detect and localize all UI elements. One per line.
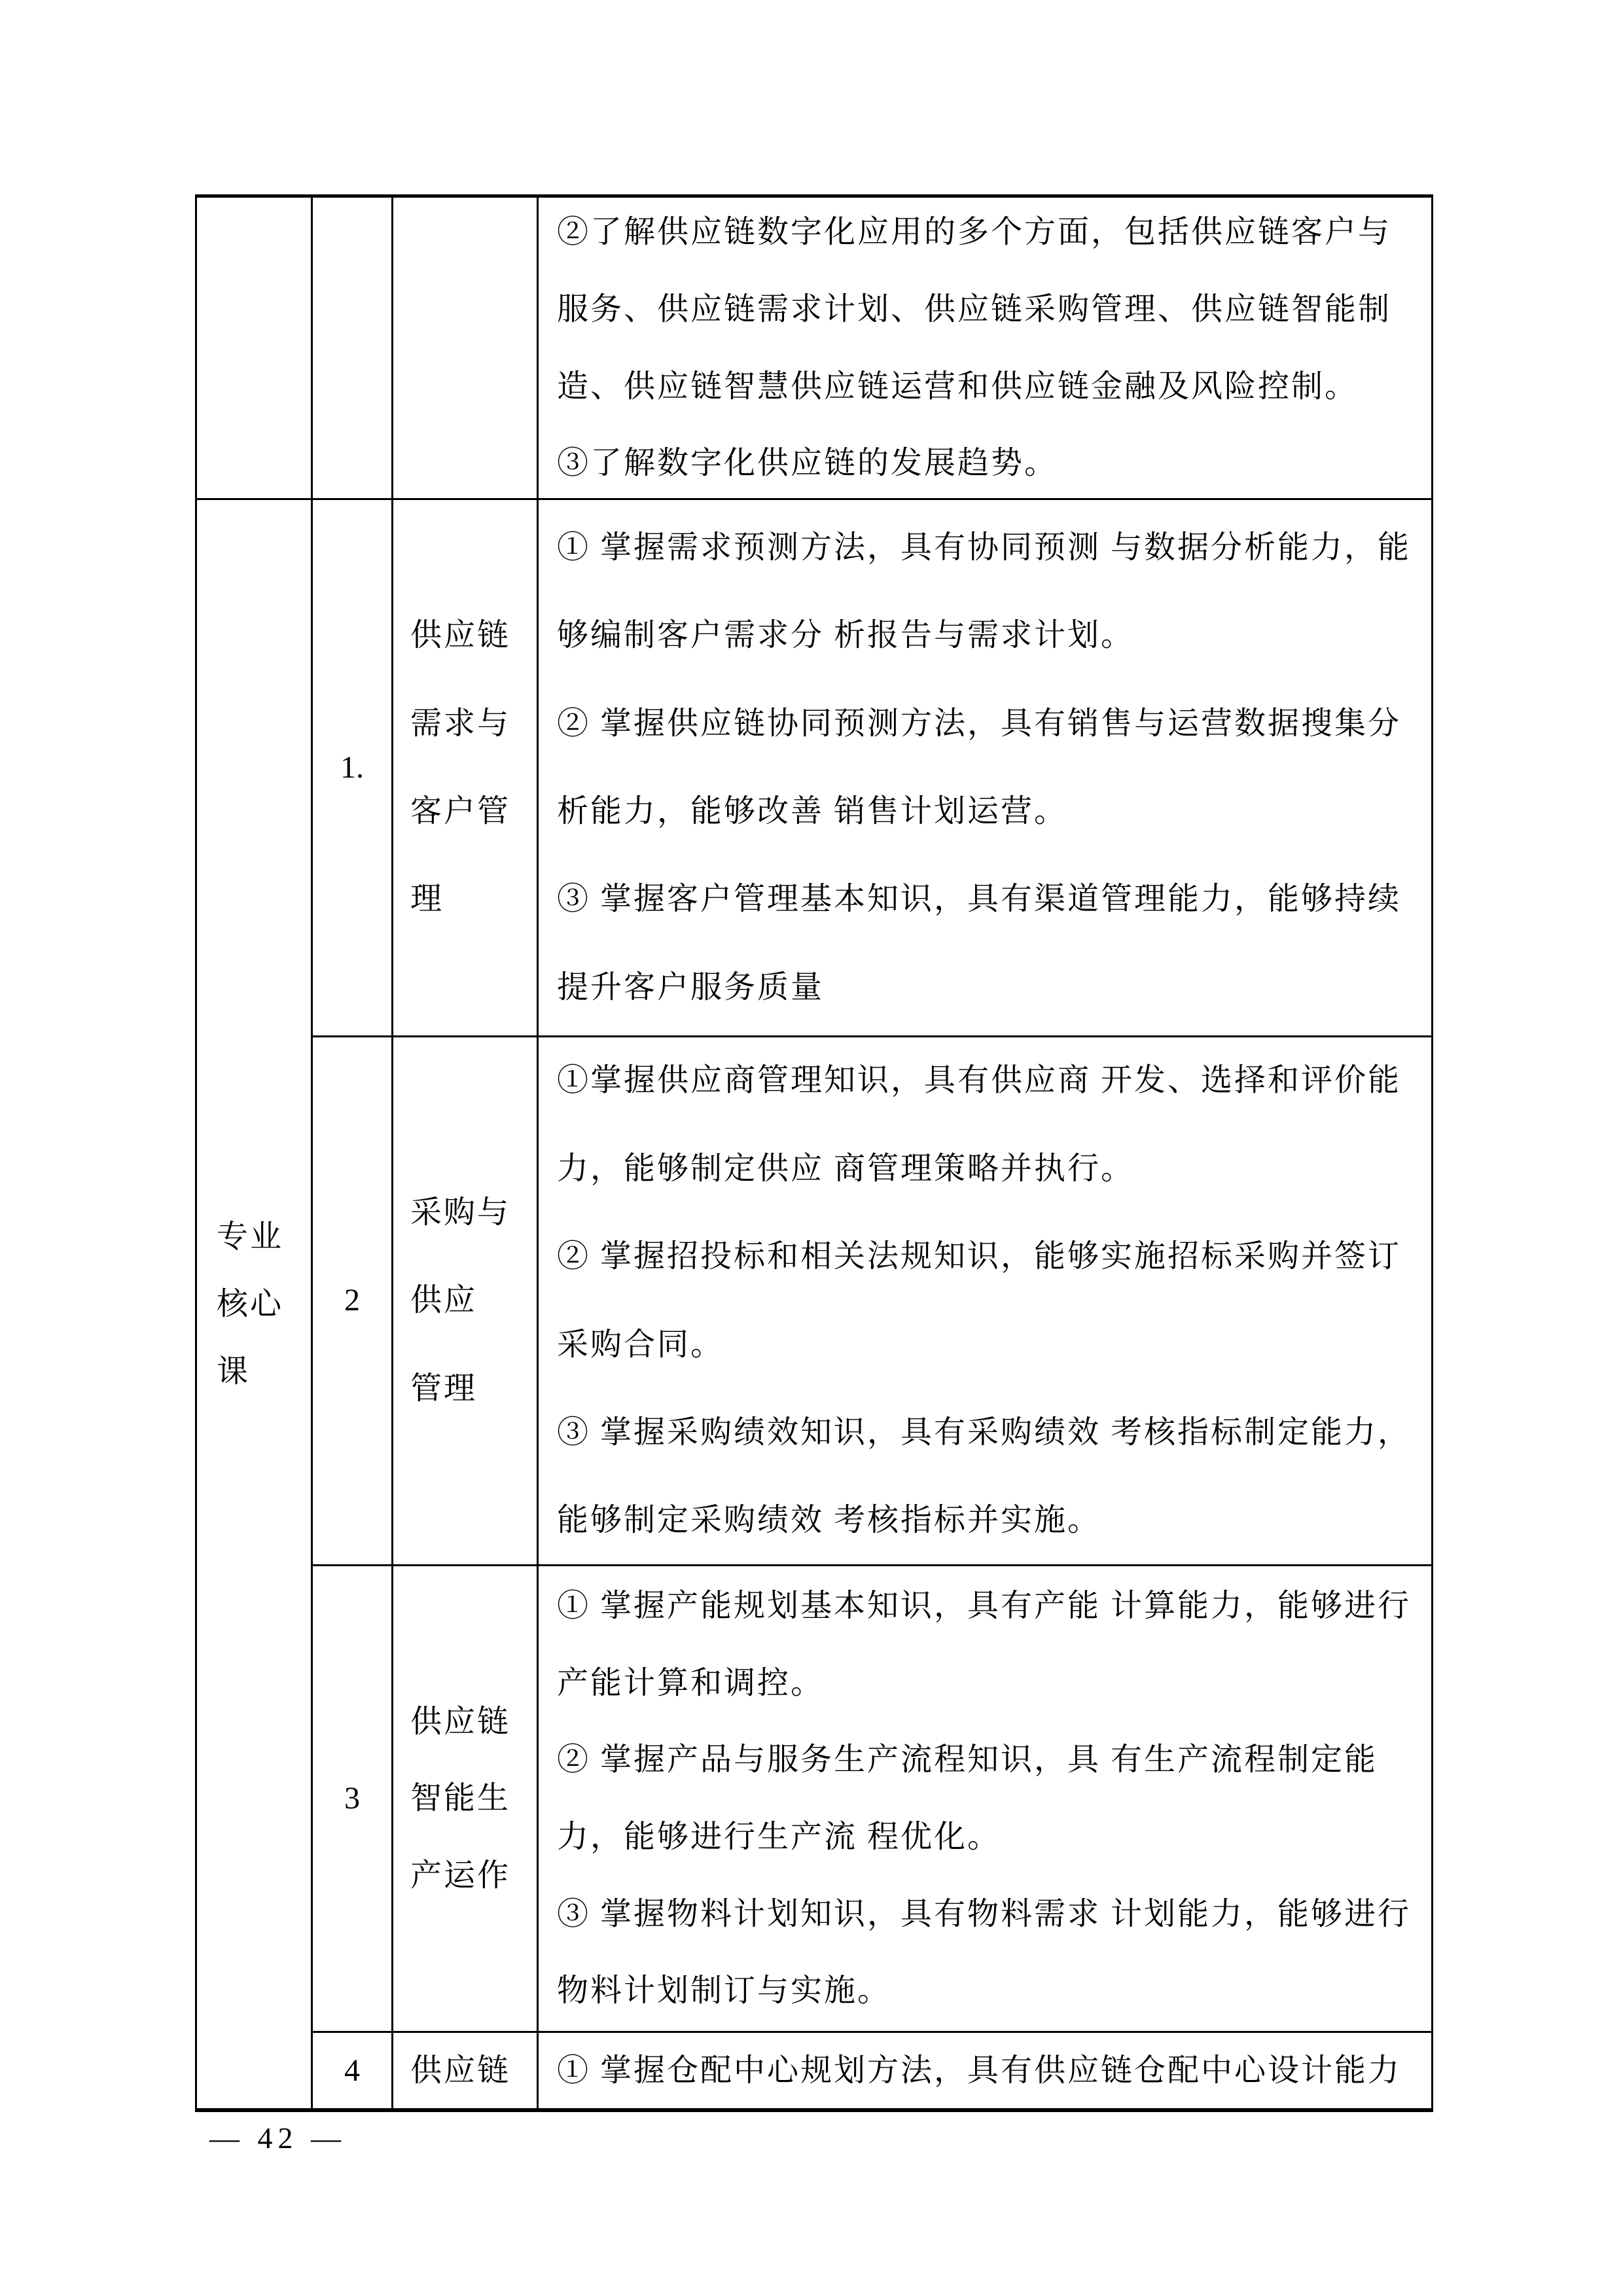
category-cell-core-courses: 专业 核心 课 [197,500,313,2108]
content-point: ① 掌握产能规划基本知识，具有产能 计算能力，能够进行产能计算和调控。 [557,1568,1421,1721]
content-point: ① 掌握需求预测方法，具有协同预测 与数据分析能力，能够编制客户需求分 析报告与… [557,504,1421,680]
course-number-cell: 3 [313,1566,393,2033]
page-number: — 42 — [209,2121,346,2155]
course-content-cell: ①掌握供应商管理知识，具有供应商 开发、选择和评价能力，能够制定供应 商管理策略… [539,1037,1431,1566]
course-number-cell: 1. [313,500,393,1037]
content-point: ③ 掌握客户管理基本知识，具有渠道管理能力，能够持续提升客户服务质量 [557,855,1421,1031]
content-point: ③ 掌握物料计划知识，具有物料需求 计划能力，能够进行物料计划制订与实施。 [557,1876,1421,2030]
continuation-empty-cell-category [197,198,313,500]
course-name-line: 客户管 [410,768,537,855]
course-name-line: 产运作 [410,1837,537,1914]
course-content-cell: ① 掌握仓配中心规划方法，具有供应链仓配中心设计能力 [539,2033,1431,2108]
course-number: 4 [313,2033,391,2108]
continuation-empty-cell-number [313,198,393,500]
content-point: ② 掌握供应链协同预测方法，具有销售与运营数据搜集分析能力，能够改善 销售计划运… [557,680,1421,856]
content-point: ①掌握供应商管理知识，具有供应商 开发、选择和评价能力，能够制定供应 商管理策略… [557,1037,1421,1213]
continuation-content-cell: ②了解供应链数字化应用的多个方面，包括供应链客户与服务、供应链需求计划、供应链采… [539,198,1431,500]
course-number-cell: 4 [313,2033,393,2108]
document-page: { "page": { "footer": "— 42 —" }, "table… [0,0,1623,2296]
course-number: 1. [313,724,391,812]
course-name-cell: 供应链 [393,2033,539,2108]
course-number: 2 [313,1257,391,1344]
course-name-line: 采购与 [410,1169,537,1257]
course-name-line: 理 [410,855,537,943]
course-number: 3 [313,1760,391,1837]
category-line: 课 [217,1338,311,1405]
content-point: ② 掌握招投标和相关法规知识，能够实施招标采购并签订采购合同。 [557,1213,1421,1389]
category-line: 专业 [217,1203,311,1270]
course-name-line: 管理 [410,1345,537,1433]
course-name-line: 需求与 [410,680,537,768]
course-name-line: 供应链 [410,2033,537,2108]
course-name-line: 智能生 [410,1760,537,1837]
content-point: ② 掌握产品与服务生产流程知识，具 有生产流程制定能力，能够进行生产流 程优化。 [557,1721,1421,1875]
content-point: ③ 掌握采购绩效知识，具有采购绩效 考核指标制定能力，能够制定采购绩效 考核指标… [557,1389,1421,1565]
course-requirements-table: ②了解供应链数字化应用的多个方面，包括供应链客户与服务、供应链需求计划、供应链采… [195,194,1433,2112]
category-line: 核心 [217,1270,311,1338]
course-name-cell: 采购与 供应 管理 [393,1037,539,1566]
course-name-cell: 供应链 需求与 客户管 理 [393,500,539,1037]
course-name-cell: 供应链 智能生 产运作 [393,1566,539,2033]
content-point: ②了解供应链数字化应用的多个方面，包括供应链客户与服务、供应链需求计划、供应链采… [557,198,1421,425]
course-content-cell: ① 掌握产能规划基本知识，具有产能 计算能力，能够进行产能计算和调控。 ② 掌握… [539,1566,1431,2033]
course-name-line: 供应 [410,1257,537,1344]
continuation-empty-cell-name [393,198,539,500]
content-point: ① 掌握仓配中心规划方法，具有供应链仓配中心设计能力 [557,2033,1421,2108]
course-name-line: 供应链 [410,592,537,679]
course-number-cell: 2 [313,1037,393,1566]
content-point: ③了解数字化供应链的发展趋势。 [557,425,1421,500]
course-name-line: 供应链 [410,1683,537,1761]
course-content-cell: ① 掌握需求预测方法，具有协同预测 与数据分析能力，能够编制客户需求分 析报告与… [539,500,1431,1037]
